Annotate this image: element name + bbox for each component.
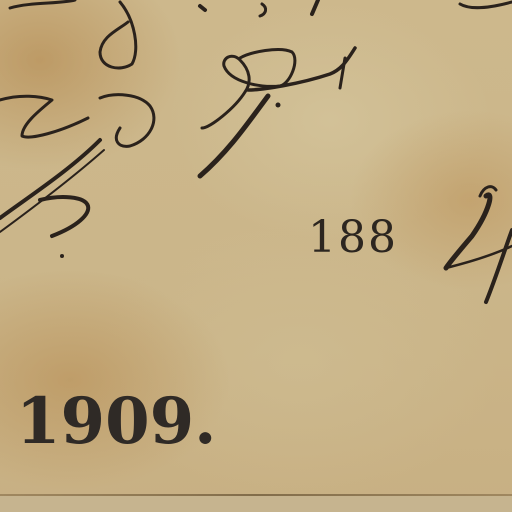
aged-paper-document: 188 1909. bbox=[0, 0, 512, 512]
printed-year-top: 188 bbox=[308, 212, 398, 263]
lower-paper-strip bbox=[0, 496, 512, 512]
printed-year-bottom: 1909. bbox=[16, 384, 216, 459]
